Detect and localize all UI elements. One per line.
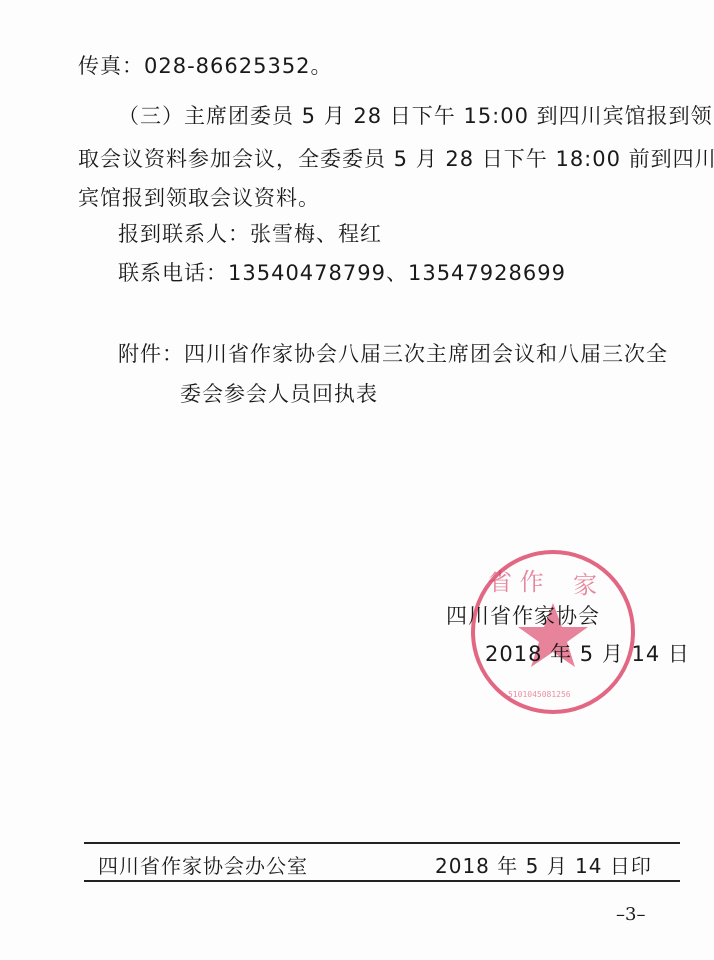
- signature-date: 2018 年 5 月 14 日: [485, 638, 690, 668]
- contact-person: 报到联系人：张雪梅、程红: [118, 218, 382, 248]
- contact-phone: 联系电话：13540478799、13547928699: [118, 257, 566, 287]
- footer-bottom-rule: [84, 880, 680, 882]
- item3-line1: （三）主席团委员 5 月 28 日下午 15:00 到四川宾馆报到领: [118, 100, 713, 130]
- item3-line3: 宾馆报到领取会议资料。: [78, 182, 320, 212]
- seal-number: 5101045081256: [508, 690, 571, 699]
- svg-text:省 作: 省 作: [488, 568, 544, 596]
- svg-text:家: 家: [573, 571, 597, 599]
- footer-print-date: 2018 年 5 月 14 日印: [435, 850, 652, 879]
- attachment-line2: 委会参会人员回执表: [180, 378, 378, 408]
- item3-line2: 取会议资料参加会议，全委委员 5 月 28 日下午 18:00 前到四川: [78, 143, 714, 173]
- official-seal-icon: 省 作 家 5101045081256: [458, 545, 648, 720]
- page-number: –3–: [616, 904, 645, 925]
- footer-issuer: 四川省作家协会办公室: [98, 850, 308, 879]
- footer-top-rule: [84, 842, 680, 844]
- fax-line: 传真：028-86625352。: [78, 50, 333, 80]
- attachment-line1: 附件：四川省作家协会八届三次主席团会议和八届三次全: [118, 338, 668, 368]
- signature-org: 四川省作家协会: [446, 600, 600, 630]
